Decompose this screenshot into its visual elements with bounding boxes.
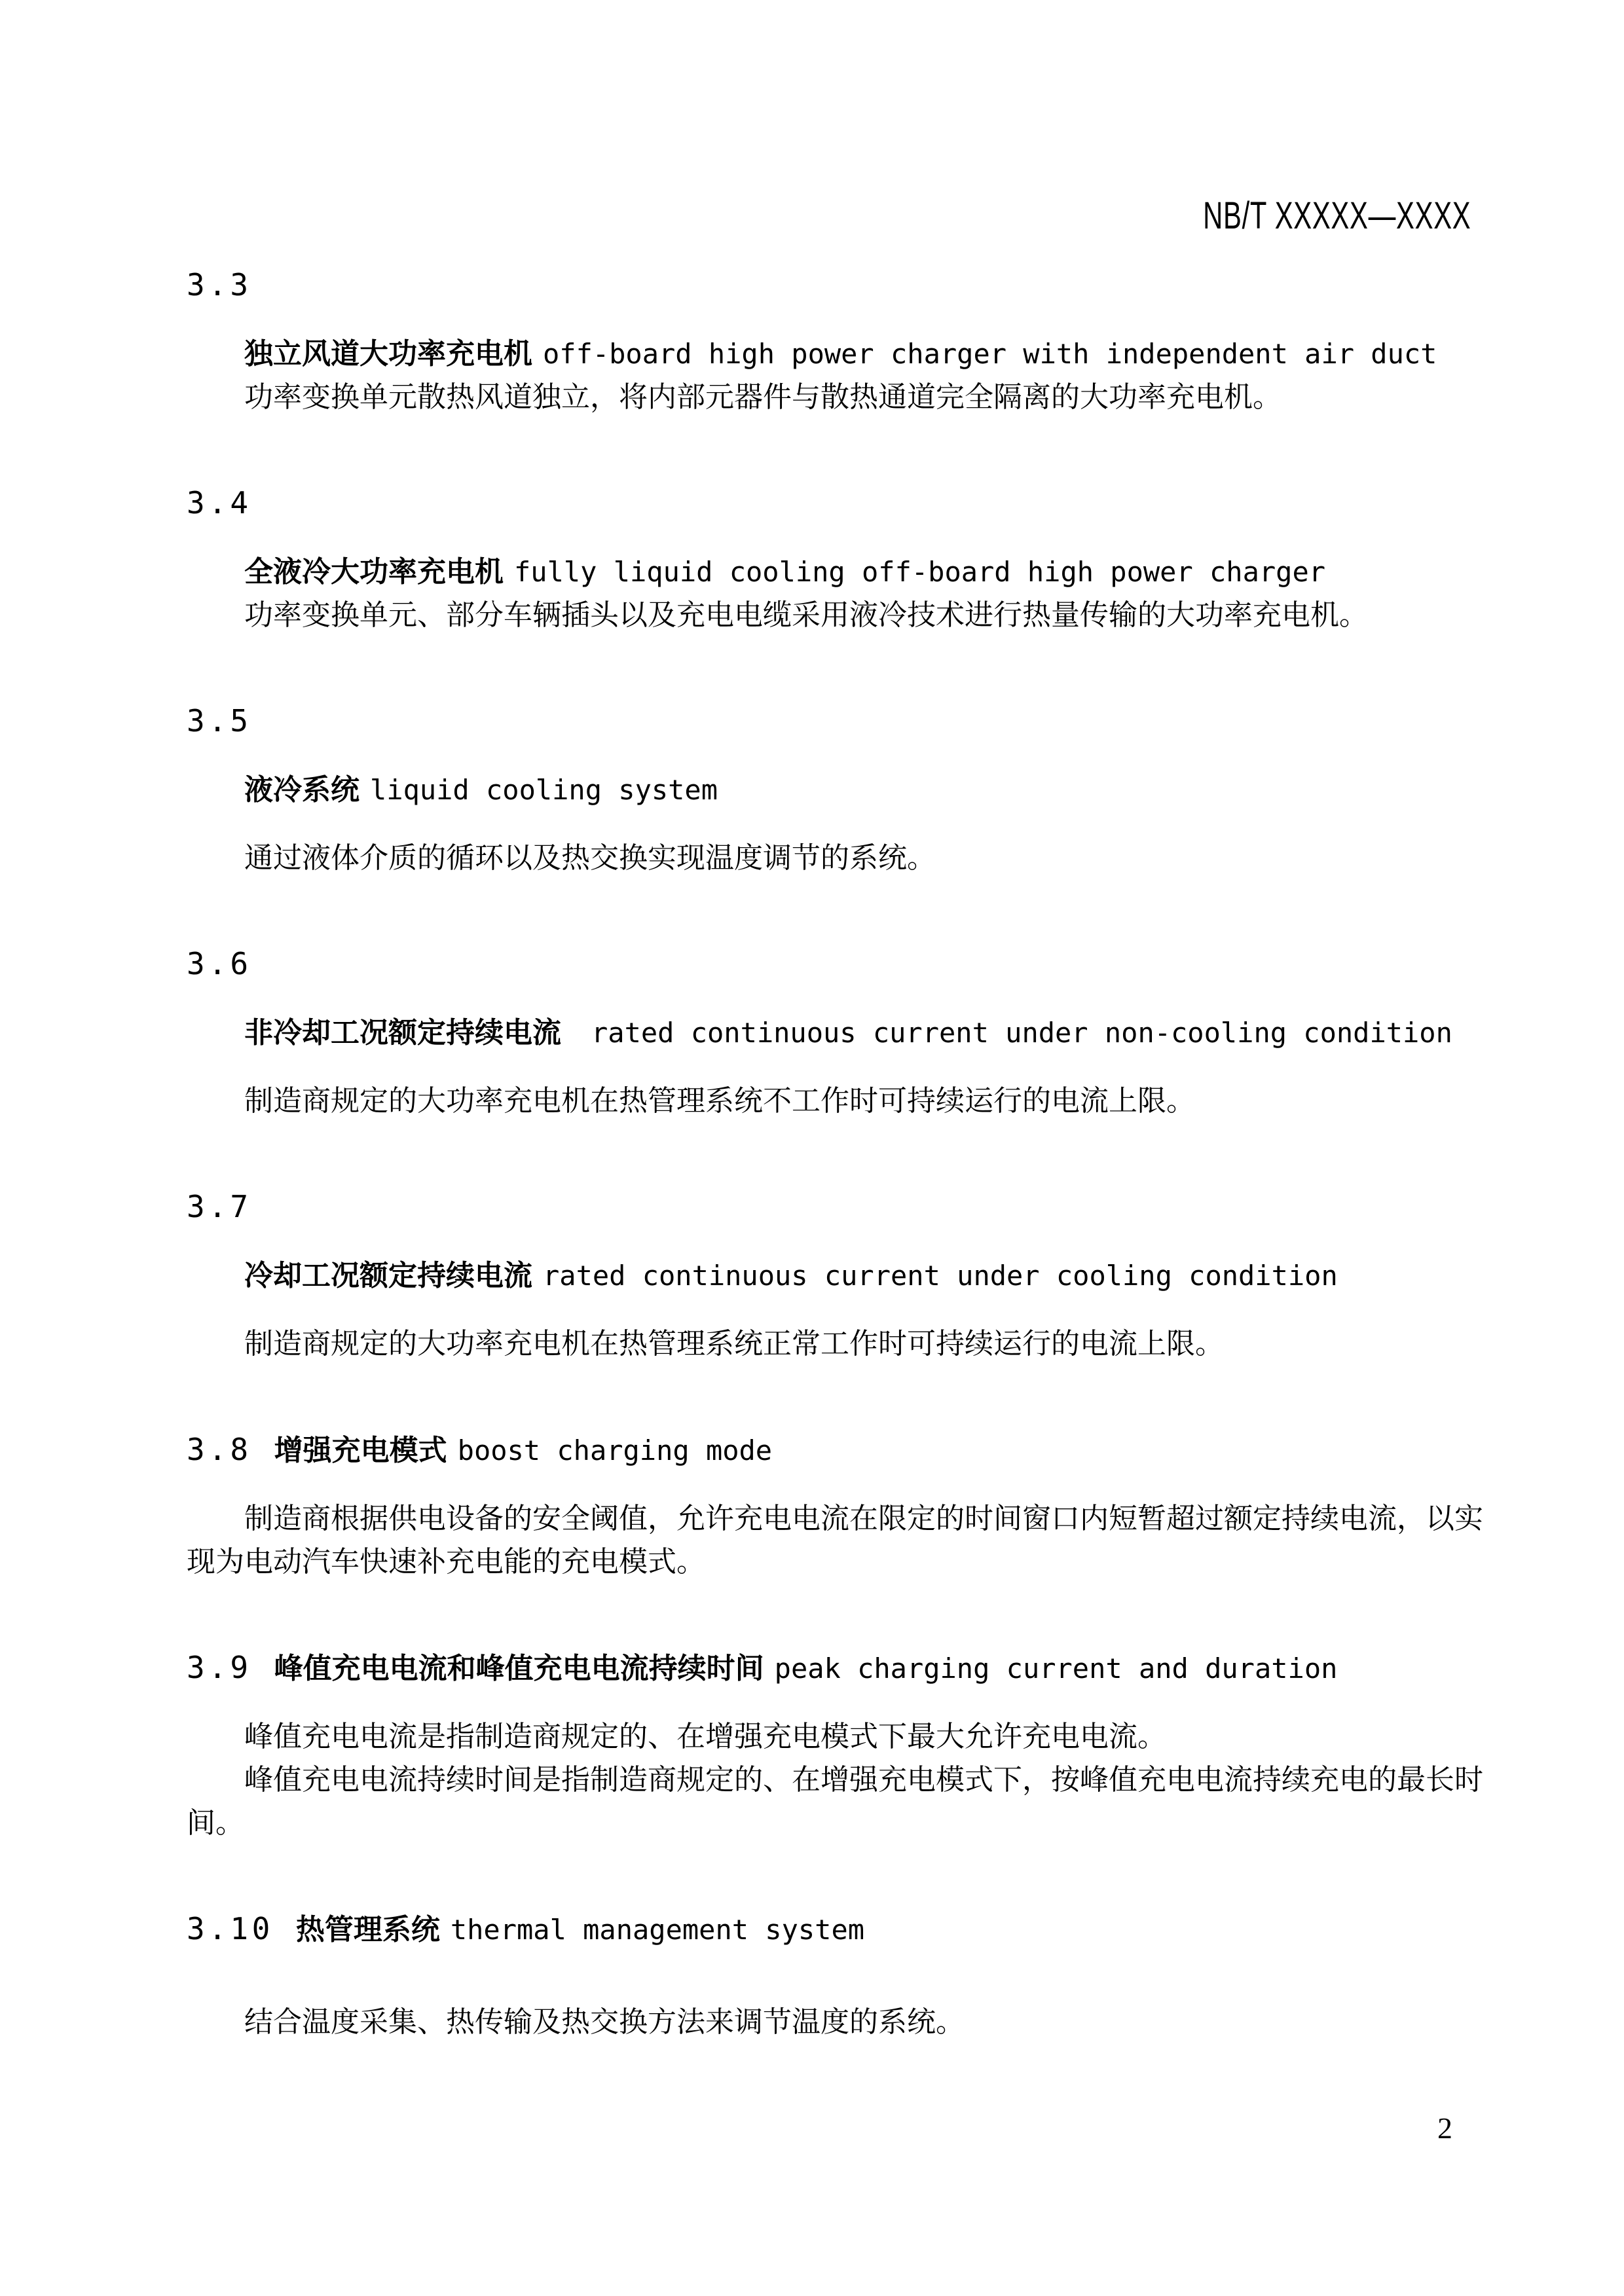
- document-page: NB/T XXXXX—XXXX 3.3 独立风道大功率充电机off-board …: [0, 0, 1624, 2296]
- term-definition-paragraph: 峰值充电电流是指制造商规定的、在增强充电模式下最大允许充电电流。: [187, 1715, 1496, 1758]
- term-line: 非冷却工况额定持续电流rated continuous current unde…: [187, 1011, 1496, 1055]
- term-english: peak charging current and duration: [775, 1652, 1338, 1685]
- section-number: 3.3: [187, 263, 1496, 306]
- term-chinese: 冷却工况额定持续电流: [244, 1260, 532, 1292]
- term-english: thermal management system: [451, 1914, 864, 1946]
- section-number: 3.7: [187, 1185, 1496, 1228]
- term-line: 独立风道大功率充电机off-board high power charger w…: [187, 333, 1496, 376]
- term-definition: 功率变换单元、部分车辆插头以及充电电缆采用液冷技术进行热量传输的大功率充电机。: [187, 594, 1496, 637]
- section-3-7: 3.7 冷却工况额定持续电流rated continuous current u…: [187, 1185, 1496, 1366]
- page-number: 2: [1437, 2112, 1452, 2145]
- term-definition: 制造商规定的大功率充电机在热管理系统不工作时可持续运行的电流上限。: [187, 1080, 1496, 1123]
- term-definition: 制造商根据供电设备的安全阈值，允许充电电流在限定的时间窗口内短暂超过额定持续电流…: [187, 1497, 1496, 1584]
- section-3-6: 3.6 非冷却工况额定持续电流rated continuous current …: [187, 942, 1496, 1123]
- term-line: 冷却工况额定持续电流rated continuous current under…: [187, 1254, 1496, 1298]
- term-definition: 制造商规定的大功率充电机在热管理系统正常工作时可持续运行的电流上限。: [187, 1322, 1496, 1366]
- term-chinese: 热管理系统: [296, 1914, 440, 1946]
- section-number: 3.4: [187, 481, 1496, 524]
- term-line: 液冷系统liquid cooling system: [187, 769, 1496, 812]
- section-number: 3.10: [187, 1911, 274, 1946]
- section-number: 3.8: [187, 1432, 252, 1467]
- term-line: 3.10热管理系统thermal management system: [187, 1907, 1496, 1952]
- term-chinese: 独立风道大功率充电机: [244, 338, 532, 370]
- section-3-3: 3.3 独立风道大功率充电机off-board high power charg…: [187, 263, 1496, 419]
- term-english: fully liquid cooling off-board high powe…: [514, 556, 1325, 588]
- term-english: rated continuous current under cooling c…: [543, 1260, 1338, 1292]
- term-line: 3.8增强充电模式boost charging mode: [187, 1428, 1496, 1472]
- term-chinese: 全液冷大功率充电机: [244, 556, 504, 588]
- term-definition: 通过液体介质的循环以及热交换实现温度调节的系统。: [187, 837, 1496, 880]
- term-chinese: 增强充电模式: [274, 1434, 447, 1467]
- term-line: 3.9峰值充电电流和峰值充电电流持续时间peak charging curren…: [187, 1646, 1496, 1690]
- term-english: rated continuous current under non-cooli…: [591, 1017, 1452, 1049]
- section-number: 3.9: [187, 1650, 252, 1685]
- term-english: liquid cooling system: [370, 774, 718, 806]
- section-3-5: 3.5 液冷系统liquid cooling system 通过液体介质的循环以…: [187, 699, 1496, 880]
- term-definition-paragraph: 峰值充电电流持续时间是指制造商规定的、在增强充电模式下，按峰值充电电流持续充电的…: [187, 1758, 1496, 1845]
- term-chinese: 非冷却工况额定持续电流: [244, 1017, 561, 1049]
- term-english: boost charging mode: [458, 1434, 772, 1467]
- section-3-4: 3.4 全液冷大功率充电机fully liquid cooling off-bo…: [187, 481, 1496, 637]
- term-chinese: 液冷系统: [244, 774, 360, 806]
- section-3-10: 3.10热管理系统thermal management system 结合温度采…: [187, 1907, 1496, 2044]
- standard-code-header: NB/T XXXXX—XXXX: [1203, 196, 1471, 236]
- term-chinese: 峰值充电电流和峰值充电电流持续时间: [274, 1652, 764, 1685]
- section-number: 3.6: [187, 942, 1496, 985]
- page-content: 3.3 独立风道大功率充电机off-board high power charg…: [187, 263, 1496, 2106]
- term-definition: 结合温度采集、热传输及热交换方法来调节温度的系统。: [187, 2001, 1496, 2044]
- section-3-8: 3.8增强充电模式boost charging mode 制造商根据供电设备的安…: [187, 1428, 1496, 1584]
- term-line: 全液冷大功率充电机fully liquid cooling off-board …: [187, 551, 1496, 594]
- section-3-9: 3.9峰值充电电流和峰值充电电流持续时间peak charging curren…: [187, 1646, 1496, 1845]
- term-definition: 功率变换单元散热风道独立，将内部元器件与散热通道完全隔离的大功率充电机。: [187, 376, 1496, 419]
- term-english: off-board high power charger with indepe…: [543, 338, 1437, 370]
- section-number: 3.5: [187, 699, 1496, 742]
